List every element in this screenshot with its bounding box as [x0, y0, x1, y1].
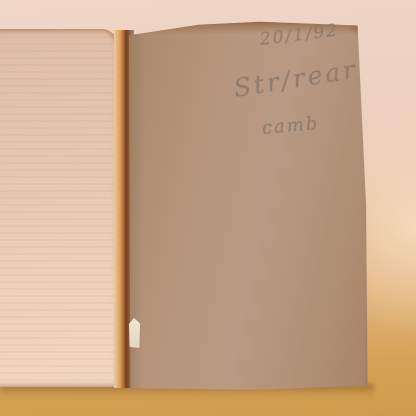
book-photo: 20/1/92 Str/rear camb [0, 0, 416, 416]
gutter-paper-tag [129, 318, 140, 348]
left-blank-page [0, 29, 118, 387]
